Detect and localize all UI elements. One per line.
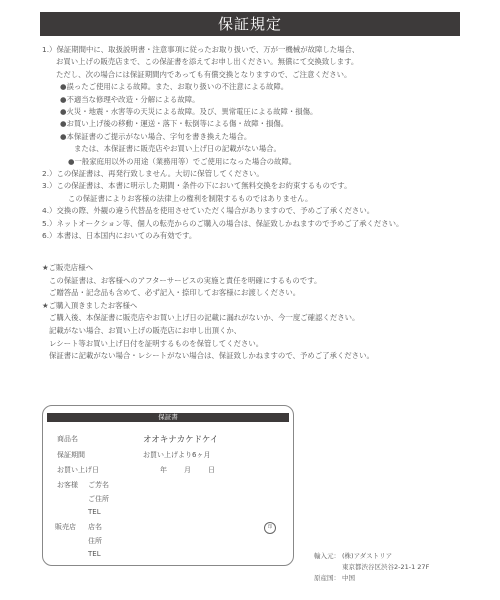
- term-line: ただし、次の場合には保証期間内であっても有償交換となりますので、ご注意ください。: [42, 69, 462, 81]
- purchase-date-label: お買い上げ日: [57, 465, 99, 475]
- importer-address: 東京都渋谷区渋谷2-21-1 27F: [342, 563, 429, 571]
- store-address-label: 住所: [88, 536, 102, 546]
- period-value: お買い上げより6ヶ月: [143, 450, 210, 460]
- customer-name-label: ご芳名: [88, 480, 109, 490]
- term-line: 2.）この保証書は、再発行致しません。大切に保管してください。: [42, 168, 462, 180]
- period-label: 保証期間: [57, 450, 85, 460]
- term-line: 5.）ネットオークション等、個人の転売からのご購入の場合は、保証致しかねますので…: [42, 218, 462, 230]
- warranty-terms: 1.）保証期間中に、取扱説明書・注意事項に従ったお取り扱いで、万が一機械が故障し…: [42, 44, 462, 243]
- term-line: お買い上げの販売店まで、この保証書を添えてお申し出ください。無償にて交換致します…: [42, 56, 462, 68]
- retailer-notice-heading: ★ご販売店様へ: [42, 262, 462, 275]
- warranty-card-title: 保証書: [47, 413, 289, 422]
- date-year-label: 年: [160, 465, 167, 475]
- origin-label: 原産国：: [314, 573, 342, 584]
- notice-line: 記載がない場合、お買い上げの販売店にお申し出頂くか、: [42, 325, 462, 338]
- date-month-label: 月: [184, 465, 191, 475]
- term-bullet: ●誤ったご使用による故障。また、お取り扱いの不注意による故障。: [42, 81, 462, 93]
- notice-line: ご贈答品・記念品も含めて、必ず記入・捺印してお客様にお渡しください。: [42, 287, 462, 300]
- term-bullet: ●本保証書のご提示がない場合、字句を書き換えた場合。: [42, 131, 462, 143]
- importer-name: (株)アダストリア: [342, 552, 392, 560]
- importer-label: 輸入元：: [314, 551, 342, 562]
- customer-notice-heading: ★ご購入頂きましたお客様へ: [42, 300, 462, 313]
- term-bullet: ●不適当な修理や改造・分解による故障。: [42, 94, 462, 106]
- term-line: または、本保証書に販売店やお買い上げ日の記載がない場合。: [42, 143, 462, 155]
- notice-line: レシート等お買い上げ日付を証明するものを保管してください。: [42, 338, 462, 351]
- term-line: 4.）交換の際、外観の違う代替品を使用させていただく場合がありますので、予めご了…: [42, 205, 462, 217]
- notice-line: この保証書は、お客様へのアフターサービスの実施と責任を明確にするものです。: [42, 275, 462, 288]
- term-line: 6.）本書は、日本国内においてのみ有効です。: [42, 230, 462, 242]
- store-name-label: 店名: [88, 522, 102, 532]
- term-bullet: ●お買い上げ後の移動・運送・落下・転倒等による傷・故障・損傷。: [42, 118, 462, 130]
- page-title: 保証規定: [218, 15, 282, 33]
- origin-value: 中国: [342, 574, 355, 582]
- term-line: 3.）この保証書は、本書に明示した期間・条件の下において無料交換をお約束するもの…: [42, 180, 462, 192]
- customer-address-label: ご住所: [88, 494, 109, 504]
- customer-tel-label: TEL: [88, 508, 101, 516]
- importer-info: 輸入元：(株)アダストリア 東京都渋谷区渋谷2-21-1 27F 原産国：中国: [314, 551, 429, 584]
- product-value: オオキナカケドケイ: [143, 433, 218, 445]
- product-label: 商品名: [57, 434, 78, 444]
- term-line: 1.）保証期間中に、取扱説明書・注意事項に従ったお取り扱いで、万が一機械が故障し…: [42, 44, 462, 56]
- store-tel-label: TEL: [88, 550, 101, 558]
- notice-line: 保証書に記載がない場合・レシートがない場合は、保証致しかねますので、予めご了承く…: [42, 350, 462, 363]
- store-label: 販売店: [55, 522, 76, 532]
- page-title-bar: 保証規定: [40, 12, 460, 36]
- term-bullet: ●一般家庭用以外の用途（業務用等）でご使用になった場合の故障。: [42, 156, 462, 168]
- notices: ★ご販売店様へ この保証書は、お客様へのアフターサービスの実施と責任を明確にする…: [42, 262, 462, 363]
- term-bullet: ●火災・地震・水害等の天災による故障。及び、異常電圧による故障・損傷。: [42, 106, 462, 118]
- customer-label: お客様: [57, 480, 78, 490]
- date-day-label: 日: [208, 465, 215, 475]
- notice-line: ご購入後、本保証書に販売店やお買い上げ日の記載に漏れがないか、今一度ご確認くださ…: [42, 312, 462, 325]
- term-line: この保証書によりお客様の法律上の権利を制限するものではありません。: [42, 193, 462, 205]
- seal-stamp-icon: 印: [264, 522, 276, 534]
- warranty-card: 保証書 商品名 オオキナカケドケイ 保証期間 お買い上げより6ヶ月 お買い上げ日…: [42, 405, 294, 566]
